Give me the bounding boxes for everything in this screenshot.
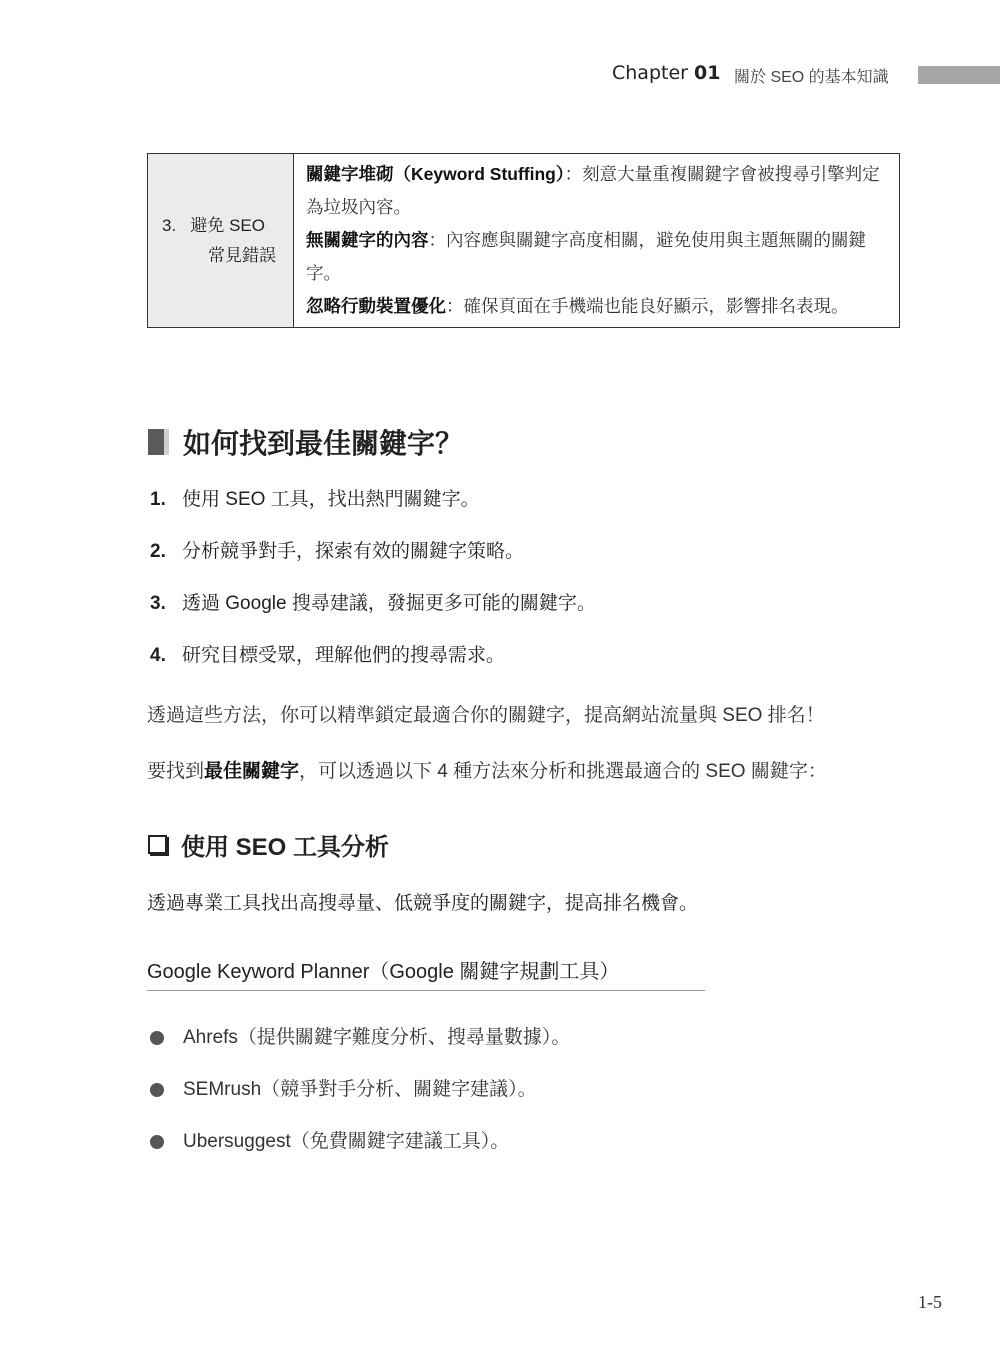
row-label-cell: 3. 避免 SEO 常見錯誤 — [148, 154, 294, 328]
page-header: Chapter 01 關於 SEO 的基本知識 — [0, 60, 1000, 90]
summary-paragraph: 透過這些方法，你可以精準鎖定最適合你的關鍵字，提高網站流量與 SEO 排名！ — [147, 700, 825, 727]
row-label-line1: 避免 SEO — [190, 216, 265, 235]
seo-mistakes-table: 3. 避免 SEO 常見錯誤 關鍵字堆砌（Keyword Stuffing）：刻… — [147, 153, 900, 328]
list-item: 4.研究目標受眾，理解他們的搜尋需求。 — [150, 642, 596, 694]
row-label-line2: 常見錯誤 — [162, 241, 293, 271]
section-heading: 如何找到最佳關鍵字？ — [148, 422, 463, 462]
mistake-item: 無關鍵字的內容：內容應與關鍵字高度相關，避免使用與主題無關的關鍵字。 — [306, 224, 889, 290]
heading-marker-icon — [148, 429, 169, 455]
table-row: 3. 避免 SEO 常見錯誤 關鍵字堆砌（Keyword Stuffing）：刻… — [148, 154, 900, 328]
bullet-icon — [150, 1083, 164, 1097]
list-item: 2.分析競爭對手，探索有效的關鍵字策略。 — [150, 538, 596, 590]
checkbox-square-icon — [148, 835, 167, 854]
subsection-heading: 使用 SEO 工具分析 — [148, 827, 389, 862]
chapter-label: Chapter 01 — [612, 62, 720, 84]
chapter-title: 關於 SEO 的基本知識 — [734, 64, 889, 87]
page-number: 1-5 — [918, 1292, 942, 1313]
methods-intro-paragraph: 要找到最佳關鍵字，可以透過以下 4 種方法來分析和挑選最適合的 SEO 關鍵字： — [147, 756, 827, 783]
tools-list: Ahrefs（提供關鍵字難度分析、搜尋量數據）。 SEMrush（競爭對手分析、… — [150, 1012, 570, 1168]
tool-heading: Google Keyword Planner（Google 關鍵字規劃工具） — [147, 955, 705, 991]
list-item: SEMrush（競爭對手分析、關鍵字建議）。 — [150, 1064, 570, 1116]
row-number: 3. — [162, 216, 176, 235]
row-content-cell: 關鍵字堆砌（Keyword Stuffing）：刻意大量重複關鍵字會被搜尋引擎判… — [294, 154, 900, 328]
list-item: Ubersuggest（免費關鍵字建議工具）。 — [150, 1116, 570, 1168]
mistake-item: 忽略行動裝置優化：確保頁面在手機端也能良好顯示，影響排名表現。 — [306, 290, 889, 323]
header-tab-bar — [918, 66, 1000, 84]
mistake-item: 關鍵字堆砌（Keyword Stuffing）：刻意大量重複關鍵字會被搜尋引擎判… — [306, 158, 889, 224]
steps-list: 1.使用 SEO 工具，找出熱門關鍵字。 2.分析競爭對手，探索有效的關鍵字策略… — [150, 486, 596, 694]
bullet-icon — [150, 1031, 164, 1045]
bullet-icon — [150, 1135, 164, 1149]
list-item: Ahrefs（提供關鍵字難度分析、搜尋量數據）。 — [150, 1012, 570, 1064]
subsection-intro: 透過專業工具找出高搜尋量、低競爭度的關鍵字，提高排名機會。 — [147, 888, 698, 915]
list-item: 1.使用 SEO 工具，找出熱門關鍵字。 — [150, 486, 596, 538]
list-item: 3.透過 Google 搜尋建議，發掘更多可能的關鍵字。 — [150, 590, 596, 642]
